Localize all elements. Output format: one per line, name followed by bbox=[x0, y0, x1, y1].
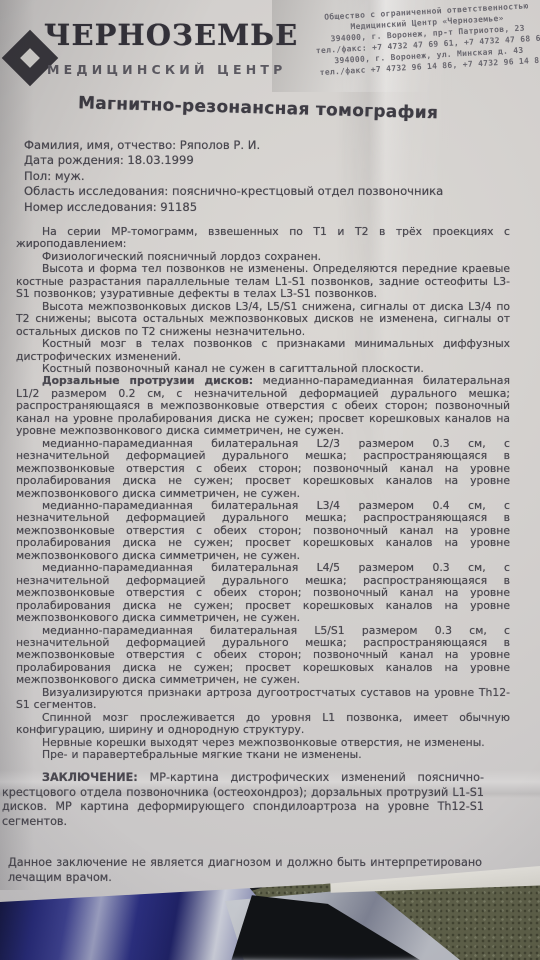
patient-birthdate-line: Дата рождения: 18.03.1999 bbox=[24, 153, 540, 168]
report-paragraph: медианно-парамедианная билатеральная L3/… bbox=[16, 500, 510, 562]
report-paragraph: медианно-парамедианная билатеральная L4/… bbox=[16, 562, 510, 624]
report-paragraph: Высота межпозвонковых дисков L3/4, L5/S1… bbox=[16, 301, 510, 338]
study-area-line: Область исследования: пояснично-крестцов… bbox=[24, 184, 540, 199]
document-photo: ЧЕРНОЗЕМЬЕ МЕДИЦИНСКИЙ ЦЕНТР Общество с … bbox=[0, 0, 540, 960]
report-paper: ЧЕРНОЗЕМЬЕ МЕДИЦИНСКИЙ ЦЕНТР Общество с … bbox=[0, 0, 540, 960]
study-number-line: Номер исследования: 91185 bbox=[24, 200, 540, 215]
report-paragraph-protrusions: Дорзальные протрузии дисков: медианно-па… bbox=[16, 375, 510, 437]
report-body: На серии МР-томограмм, взвешенных по Т1 … bbox=[0, 226, 540, 927]
protrusions-heading: Дорзальные протрузии дисков: bbox=[42, 374, 253, 387]
patient-sex-line: Пол: муж. bbox=[24, 169, 540, 184]
patient-name-line: Фамилия, имя, отчество: Ряполов Р. И. bbox=[24, 138, 540, 153]
report-paragraph: Костный мозг в телах позвонков с признак… bbox=[16, 338, 510, 363]
clinic-contact-block: Общество с ограниченной ответственностью… bbox=[283, 0, 540, 80]
conclusion-label: ЗАКЛЮЧЕНИЕ: bbox=[42, 771, 138, 784]
patient-info-block: Фамилия, имя, отчество: Ряполов Р. И. Да… bbox=[0, 138, 540, 215]
report-paragraph: Высота и форма тел позвонков не изменены… bbox=[16, 263, 510, 300]
report-paragraph: Спинной мозг прослеживается до уровня L1… bbox=[16, 712, 510, 737]
conclusion-paragraph: ЗАКЛЮЧЕНИЕ: МР-картина дистрофических из… bbox=[2, 771, 484, 829]
report-paragraph: медианно-парамедианная билатеральная L5/… bbox=[16, 625, 510, 687]
report-paragraph: На серии МР-томограмм, взвешенных по Т1 … bbox=[16, 226, 510, 251]
clinic-name: ЧЕРНОЗЕМЬЕ bbox=[44, 18, 298, 52]
report-paragraph: Пре- и паравертебральные мягкие ткани не… bbox=[16, 749, 510, 761]
report-paragraph: медианно-парамедианная билатеральная L2/… bbox=[16, 438, 510, 500]
clinic-subtitle: МЕДИЦИНСКИЙ ЦЕНТР bbox=[47, 62, 286, 77]
report-paragraph: Визуализируются признаки артроза дугоотр… bbox=[16, 687, 510, 712]
